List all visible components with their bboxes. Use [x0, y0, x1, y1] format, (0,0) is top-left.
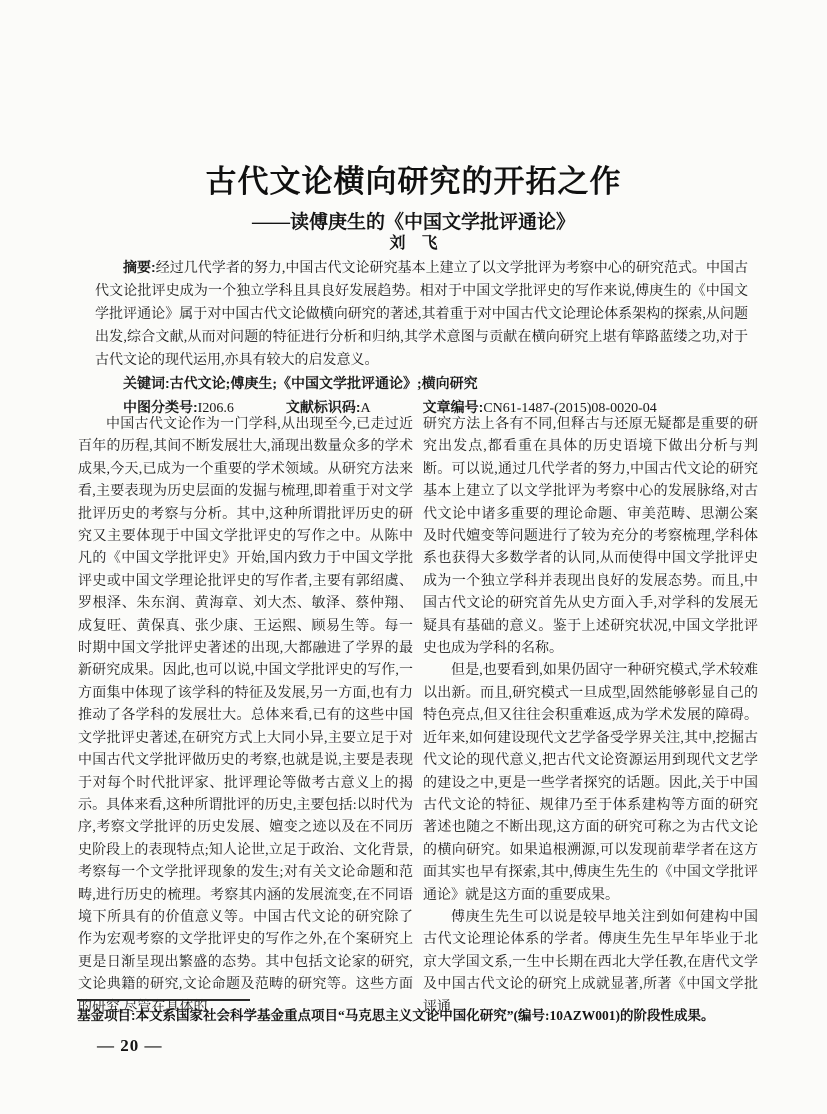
page-number: — 20 —	[97, 1036, 163, 1056]
abstract-paragraph: 摘要:经过几代学者的努力,中国古代文论研究基本上建立了以文学批评为考察中心的研究…	[95, 256, 748, 372]
fund-note-label: 基金项目:	[77, 1008, 136, 1023]
abstract-label: 摘要:	[123, 259, 156, 275]
body-columns: 中国古代文论作为一门学科,从出现至今,已走过近百年的历程,其间不断发展壮大,涌现…	[78, 414, 758, 1019]
body-column-left: 中国古代文论作为一门学科,从出现至今,已走过近百年的历程,其间不断发展壮大,涌现…	[78, 414, 413, 1019]
page-title: 古代文论横向研究的开拓之作	[0, 156, 827, 201]
fund-note: 基金项目:本文系国家社会科学基金重点项目“马克思主义文论中国化研究”(编号:10…	[77, 1006, 761, 1026]
clc-label: 中图分类号:	[123, 399, 198, 415]
abstract-block: 摘要:经过几代学者的努力,中国古代文论研究基本上建立了以文学批评为考察中心的研究…	[95, 256, 748, 420]
article-no-label: 文章编号:	[423, 399, 484, 415]
body-paragraph: 中国古代文论作为一门学科,从出现至今,已走过近百年的历程,其间不断发展壮大,涌现…	[78, 414, 413, 1019]
footnote-divider	[77, 999, 250, 1001]
body-paragraph: 研究方法上各有不同,但释古与还原无疑都是重要的研究出发点,都看重在具体的历史语境…	[423, 414, 758, 660]
body-paragraph: 傅庚生先生可以说是较早地关注到如何建构中国古代文论理论体系的学者。傅庚生先生早年…	[423, 907, 758, 1019]
journal-page: { "document": { "title": "古代文论横向研究的开拓之作"…	[0, 0, 827, 1114]
keywords-line: 关键词:古代文论;傅庚生;《中国文学批评通论》;横向研究	[95, 372, 748, 396]
author-name: 刘 飞	[0, 230, 827, 253]
fund-note-text: 本文系国家社会科学基金重点项目“马克思主义文论中国化研究”(编号:10AZW00…	[136, 1008, 715, 1023]
keywords-label: 关键词:	[123, 375, 170, 391]
abstract-text: 经过几代学者的努力,中国古代文论研究基本上建立了以文学批评为考察中心的研究范式。…	[95, 261, 748, 368]
doc-code-label: 文献标识码:	[286, 399, 361, 415]
keywords-text: 古代文论;傅庚生;《中国文学批评通论》;横向研究	[170, 377, 478, 392]
body-column-right: 研究方法上各有不同,但释古与还原无疑都是重要的研究出发点,都看重在具体的历史语境…	[423, 414, 758, 1019]
body-paragraph: 但是,也要看到,如果仍固守一种研究模式,学术较难以出新。而且,研究模式一旦成型,…	[423, 660, 758, 906]
